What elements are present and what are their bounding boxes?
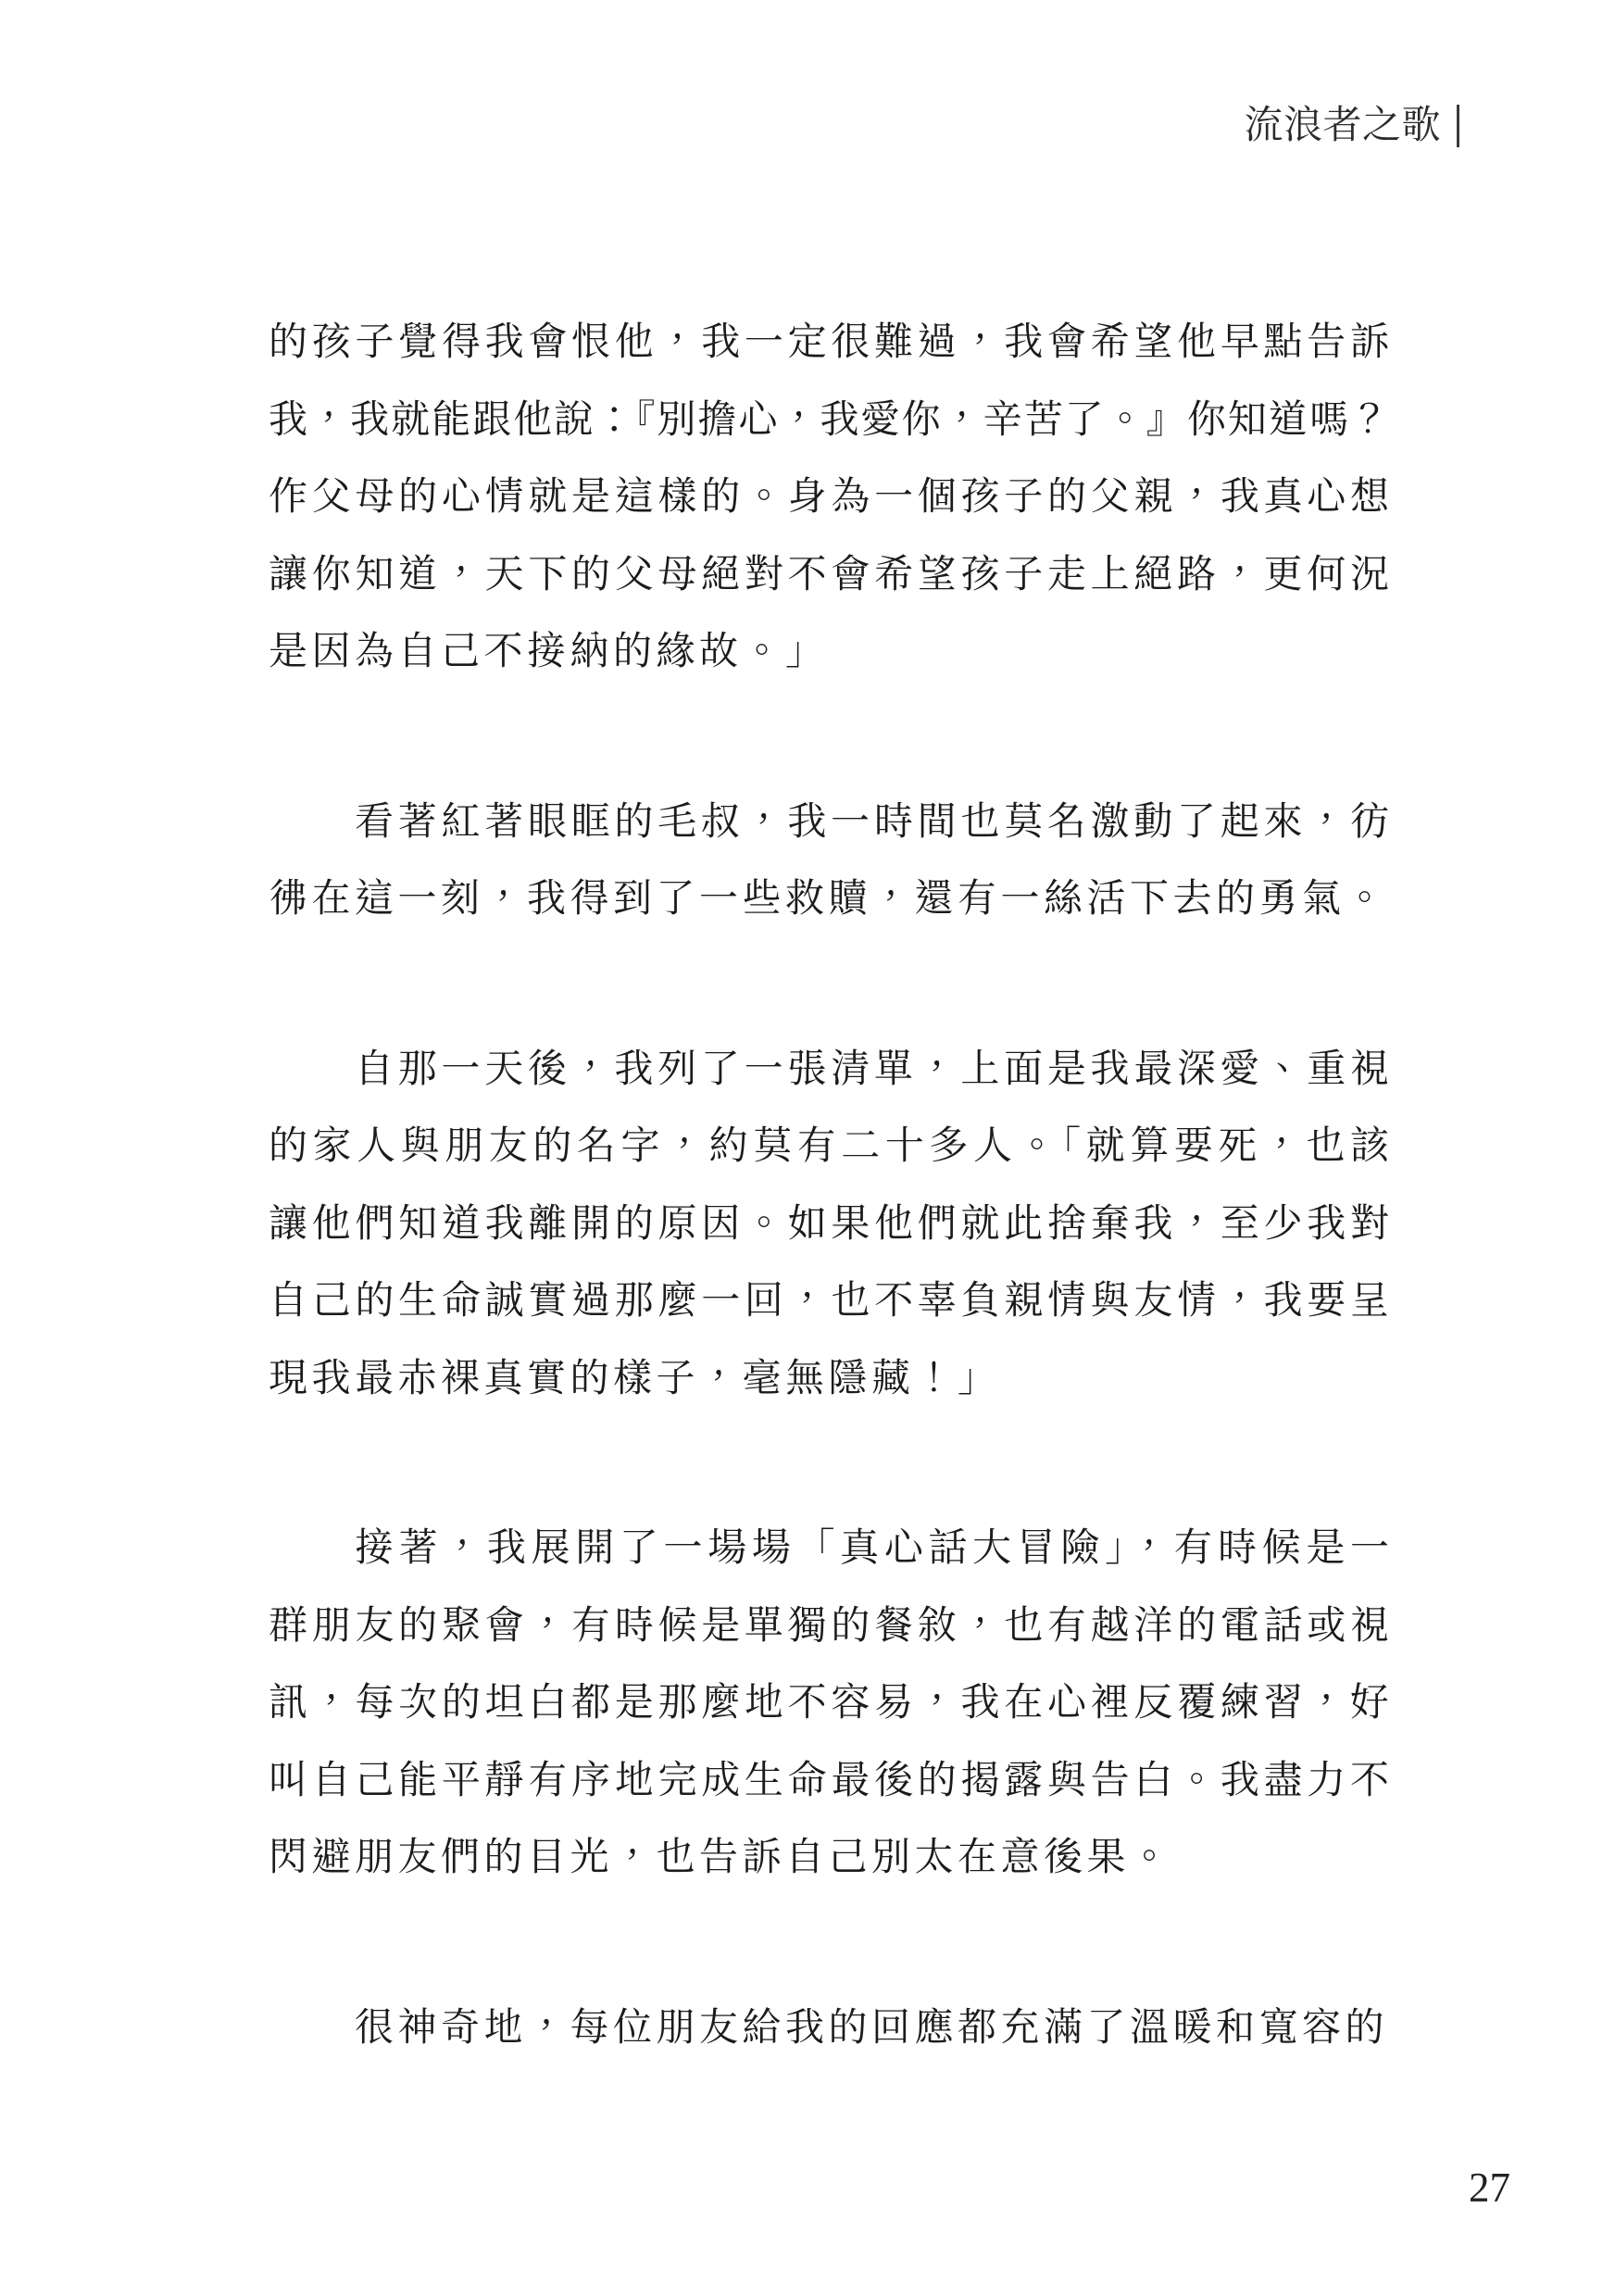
- text-line: 很神奇地，每位朋友給我的回應都充滿了溫暖和寬容的: [269, 1990, 1389, 2068]
- paragraph: 自那一天後，我列了一張清單，上面是我最深愛、重視的家人與朋友的名字，約莫有二十多…: [269, 1032, 1389, 1419]
- body-text: 的孩子覺得我會恨他，我一定很難過，我會希望他早點告訴我，我就能跟他說：『別擔心，…: [269, 305, 1389, 2160]
- text-line: 閃避朋友們的目光，也告訴自己別太在意後果。: [269, 1820, 1389, 1898]
- text-line: 是因為自己不接納的緣故。」: [269, 614, 1389, 692]
- page-number: 27: [1469, 2164, 1510, 2212]
- running-header-title: 流浪者之歌: [1244, 104, 1441, 148]
- text-line: 我，我就能跟他說：『別擔心，我愛你，辛苦了。』你知道嗎？: [269, 383, 1389, 460]
- text-line: 接著，我展開了一場場「真心話大冒險」，有時候是一: [269, 1511, 1389, 1588]
- book-page: 流浪者之歌 的孩子覺得我會恨他，我一定很難過，我會希望他早點告訴我，我就能跟他說…: [0, 0, 1615, 2296]
- running-header: 流浪者之歌: [1244, 104, 1459, 148]
- paragraph: 很神奇地，每位朋友給我的回應都充滿了溫暖和寬容的: [269, 1990, 1389, 2068]
- text-line: 現我最赤裸真實的樣子，毫無隱藏！」: [269, 1341, 1389, 1419]
- header-divider-bar: [1457, 105, 1459, 147]
- text-line: 看著紅著眼眶的毛叔，我一時間也莫名激動了起來，彷: [269, 784, 1389, 862]
- text-line: 彿在這一刻，我得到了一些救贖，還有一絲活下去的勇氣。: [269, 861, 1389, 939]
- text-line: 作父母的心情就是這樣的。身為一個孩子的父親，我真心想: [269, 459, 1389, 537]
- text-line: 讓你知道，天下的父母絕對不會希望孩子走上絕路，更何況: [269, 537, 1389, 615]
- paragraph: 看著紅著眼眶的毛叔，我一時間也莫名激動了起來，彷彿在這一刻，我得到了一些救贖，還…: [269, 784, 1389, 939]
- text-line: 讓他們知道我離開的原因。如果他們就此捨棄我，至少我對: [269, 1186, 1389, 1264]
- text-line: 叫自己能平靜有序地完成生命最後的揭露與告白。我盡力不: [269, 1743, 1389, 1821]
- text-line: 的家人與朋友的名字，約莫有二十多人。「就算要死，也該: [269, 1109, 1389, 1186]
- text-line: 的孩子覺得我會恨他，我一定很難過，我會希望他早點告訴: [269, 305, 1389, 383]
- text-line: 自那一天後，我列了一張清單，上面是我最深愛、重視: [269, 1032, 1389, 1110]
- paragraph: 的孩子覺得我會恨他，我一定很難過，我會希望他早點告訴我，我就能跟他說：『別擔心，…: [269, 305, 1389, 692]
- paragraph: 接著，我展開了一場場「真心話大冒險」，有時候是一群朋友的聚會，有時候是單獨的餐敘…: [269, 1511, 1389, 1898]
- text-line: 群朋友的聚會，有時候是單獨的餐敘，也有越洋的電話或視: [269, 1588, 1389, 1666]
- text-line: 訊，每次的坦白都是那麼地不容易，我在心裡反覆練習，好: [269, 1665, 1389, 1743]
- text-line: 自己的生命誠實過那麼一回，也不辜負親情與友情，我要呈: [269, 1263, 1389, 1341]
